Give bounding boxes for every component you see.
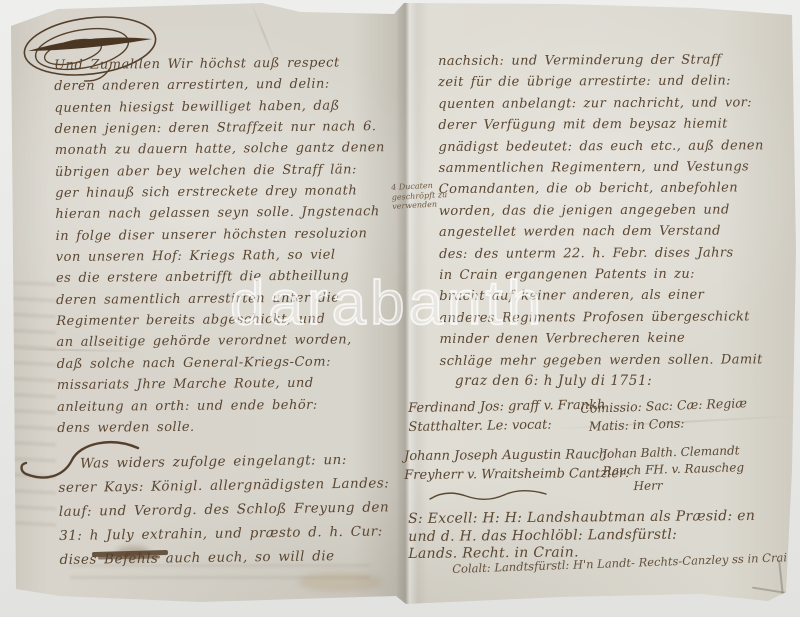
signature-secretary: Johan Balth. ClemandtRauch FH. v. Rausch… xyxy=(602,442,745,495)
handwritten-line: zeit für die übrige arrestirte: und deli… xyxy=(438,71,763,94)
handwritten-line: Und Zumahlen Wir höchst auß respect xyxy=(54,52,384,76)
handwritten-line: von unseren Hof: Kriegs Rath, so viel xyxy=(56,244,386,268)
handwritten-line: quenten anbelangt: zur nachricht, und vo… xyxy=(438,92,763,115)
handwritten-line: anderes Regiments Profosen übergeschickt xyxy=(439,306,764,329)
handwritten-line: sammentlichen Regimentern, und Vestungs xyxy=(439,156,764,179)
left-page-paragraph-1: Und Zumahlen Wir höchst auß respectderen… xyxy=(54,52,387,439)
dateline: graz den 6: h July di 1751: xyxy=(455,373,652,389)
handwritten-line: schläge mehr gegeben werden sollen. Dami… xyxy=(440,349,765,372)
ink-flourish-signature xyxy=(428,487,548,505)
handwritten-line: Statthalter. Le: vocat: xyxy=(408,415,605,437)
right-page-paragraph: nachsich: und Verminderung der Straffzei… xyxy=(438,49,765,372)
handwritten-line: Ferdinand Jos: graff v. Frankh xyxy=(408,396,605,418)
ink-showthrough-left-margin xyxy=(8,282,56,537)
handwritten-line: ger hinauß sich erstreckete drey monath xyxy=(55,180,385,204)
handwritten-line: Comandanten, die ob bericht, anbefohlen xyxy=(439,178,764,201)
manuscript-paper: Und Zumahlen Wir höchst auß respectderen… xyxy=(0,0,800,617)
handwritten-line: S: Excell: H: H: Landshaubtman als Præsi… xyxy=(408,508,755,529)
handwritten-line: in folge diser unserer höchsten resoluzi… xyxy=(55,223,385,247)
handwritten-line: Freyherr v. Wraitsheimb Cantzler: xyxy=(404,464,630,485)
handwritten-line: übrigen aber bey welchen die Straff län: xyxy=(55,159,385,183)
handwritten-line: Regimenter bereits abgeschickt, und xyxy=(56,308,386,332)
handwritten-line: worden, das die jenigen angegeben und xyxy=(439,199,764,222)
signature-governor: Ferdinand Jos: graff v. FrankhStatthalte… xyxy=(408,396,606,437)
stacked-page-edge xyxy=(752,587,796,596)
handwritten-line: nachsich: und Verminderung der Straff xyxy=(438,49,763,72)
paper-stain xyxy=(298,572,382,592)
handwritten-line: an allseitige gehörde verordnet worden, xyxy=(56,330,386,354)
handwritten-line: angestellet werden nach dem Verstand xyxy=(439,221,764,244)
handwritten-line: dens werden solle. xyxy=(57,415,387,439)
handwritten-line: gnädigst bedeutet: das euch etc., auß de… xyxy=(438,135,763,158)
handwritten-line: deren anderen arrestirten, und delin: xyxy=(54,73,384,97)
handwritten-line: monath zu dauern hatte, solche gantz den… xyxy=(55,137,385,161)
handwritten-line: missariats Jhre Marche Route, und xyxy=(57,372,387,396)
handwritten-line: Herr xyxy=(603,475,745,495)
ink-blot xyxy=(116,546,150,561)
handwritten-line: quenten hiesigst bewilliget haben, daß xyxy=(54,95,384,119)
handwritten-line: deren samentlich arrestirten unter die xyxy=(56,287,386,311)
handwritten-line: in Crain ergangenen Patents in zu: xyxy=(439,263,764,286)
handwritten-line: minder denen Verbrecheren keine xyxy=(439,328,764,351)
handwritten-line: derer Verfügung mit dem beysaz hiemit xyxy=(438,114,763,137)
handwritten-line: bracht auf keiner anderen, als einer xyxy=(439,285,764,308)
photo-background: Und Zumahlen Wir höchst auß respectderen… xyxy=(0,0,800,617)
handwritten-line: daß solche nach General-Kriegs-Com: xyxy=(57,351,387,375)
handwritten-line: denen jenigen: deren Straffzeit nur nach… xyxy=(55,116,385,140)
signature-commissio: Comissio: Sac: Cæ: Regiæ Matis: in Cons: xyxy=(580,394,748,436)
handwritten-line: es die erstere anbetrifft die abtheillun… xyxy=(56,266,386,290)
handwritten-line: des: des unterm 22. h. Febr. dises Jahrs xyxy=(439,242,764,265)
signature-chancellor: Johann Joseph Augustin RauchFreyherr v. … xyxy=(404,445,630,485)
handwritten-line: anleitung an orth: und ende behör: xyxy=(57,394,387,418)
handwritten-line: hieran nach gelassen seyn solle. Jngsten… xyxy=(55,202,385,226)
handwritten-line: Johann Joseph Augustin Rauch xyxy=(404,445,630,466)
handwritten-line: 31: h July extrahin, und præsto d. h. Cu… xyxy=(59,519,390,548)
